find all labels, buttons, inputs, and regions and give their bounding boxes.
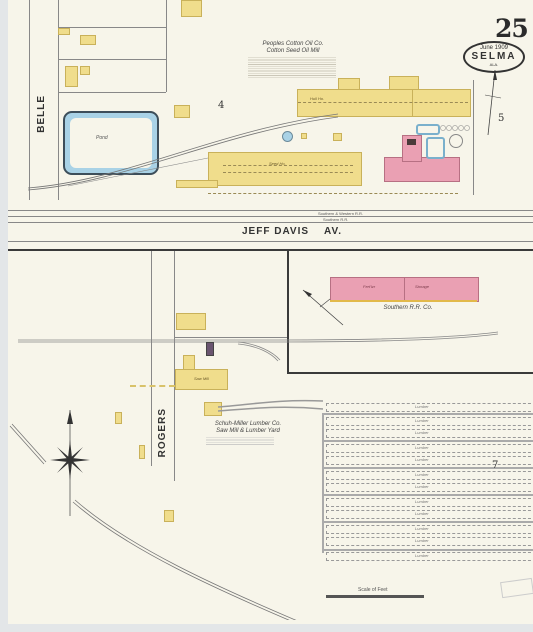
map-sheet: 25 June 1909 SELMA ALA. BELLE Pond 4 Peo… — [8, 0, 533, 624]
stamp-mark — [500, 578, 533, 598]
rr-line-2 — [8, 216, 533, 217]
dashed-track — [208, 193, 458, 194]
railroad-diagonal — [8, 420, 328, 620]
dashed-conveyor — [130, 385, 175, 387]
tank-circles — [440, 125, 470, 131]
north-arrow-upper — [483, 70, 503, 140]
water-tank-icon — [282, 131, 293, 142]
street-edge — [8, 241, 533, 242]
street-label-av: AV. — [324, 226, 342, 237]
building-outbuilding — [58, 28, 70, 35]
building-small — [301, 133, 307, 139]
building-dwelling — [181, 0, 202, 17]
boiler-room — [407, 139, 416, 145]
building-saw-mill: Saw Mill — [175, 369, 228, 390]
company-notes-block — [248, 56, 336, 78]
tank-large-circle — [449, 134, 463, 148]
map-city: SELMA — [465, 52, 523, 62]
map-state: ALA. — [465, 62, 523, 67]
company-peoples-cotton-oil: Peoples Cotton Oil Co. Cotton Seed Oil M… — [248, 41, 338, 55]
rr-line-3 — [8, 222, 533, 223]
north-arrow-middle — [298, 285, 348, 330]
railroad-siding — [8, 330, 533, 370]
lot-line — [166, 0, 167, 92]
sheet-divider — [8, 249, 533, 251]
building-x-frame — [176, 313, 206, 330]
enclosure-bottom — [287, 372, 533, 374]
lumber-row: Lumber — [326, 471, 533, 480]
lumber-row: Lumber — [326, 403, 533, 412]
lot-line — [58, 92, 166, 93]
building-outbuilding — [80, 66, 90, 75]
building-dwelling — [80, 35, 96, 45]
lumber-row: Lumber — [326, 498, 533, 507]
block-number-5: 5 — [498, 113, 504, 124]
lumber-row: Lumber — [326, 444, 533, 453]
scale-title: Scale of Feet — [358, 588, 387, 593]
lot-line — [58, 27, 166, 28]
building-seed-house: Seed Ho. — [208, 152, 362, 186]
lumber-row: Lumber — [326, 537, 533, 546]
building-storage: Storage — [404, 277, 479, 302]
rr-line-1 — [8, 210, 533, 211]
lumber-row: Lumber — [326, 510, 533, 519]
lumber-row: Lumber — [326, 429, 533, 438]
tank-blue — [426, 137, 445, 159]
company-name: Peoples Cotton Oil Co. — [248, 41, 338, 48]
lumber-row: Lumber — [326, 483, 533, 492]
tank-blue-small — [416, 124, 440, 135]
dash-divider — [223, 172, 353, 173]
lot-line — [58, 59, 166, 60]
engine-house — [206, 342, 214, 356]
lumber-row: Lumber — [326, 417, 533, 426]
street-label-jeff-davis: JEFF DAVIS — [242, 226, 309, 237]
lumber-row: Lumber — [326, 552, 533, 561]
lumber-row: Lumber — [326, 525, 533, 534]
platform-strip — [330, 300, 477, 302]
company-subtitle: Cotton Seed Oil Mill — [248, 48, 338, 55]
company-southern-rr: Southern R.R. Co. — [373, 305, 443, 312]
building-dwelling — [65, 66, 78, 87]
building-oil-mill-main — [384, 157, 460, 182]
block-number-7: 7 — [492, 460, 498, 471]
building-small — [333, 133, 342, 141]
lot-line-lower — [174, 337, 287, 338]
building-platform — [176, 180, 218, 188]
lumber-row: Lumber — [326, 456, 533, 465]
sheet-number: 25 — [495, 14, 528, 43]
scale-bar — [326, 595, 424, 598]
title-cartouche: June 1909 SELMA ALA. — [463, 41, 525, 73]
dash-divider — [223, 165, 353, 166]
